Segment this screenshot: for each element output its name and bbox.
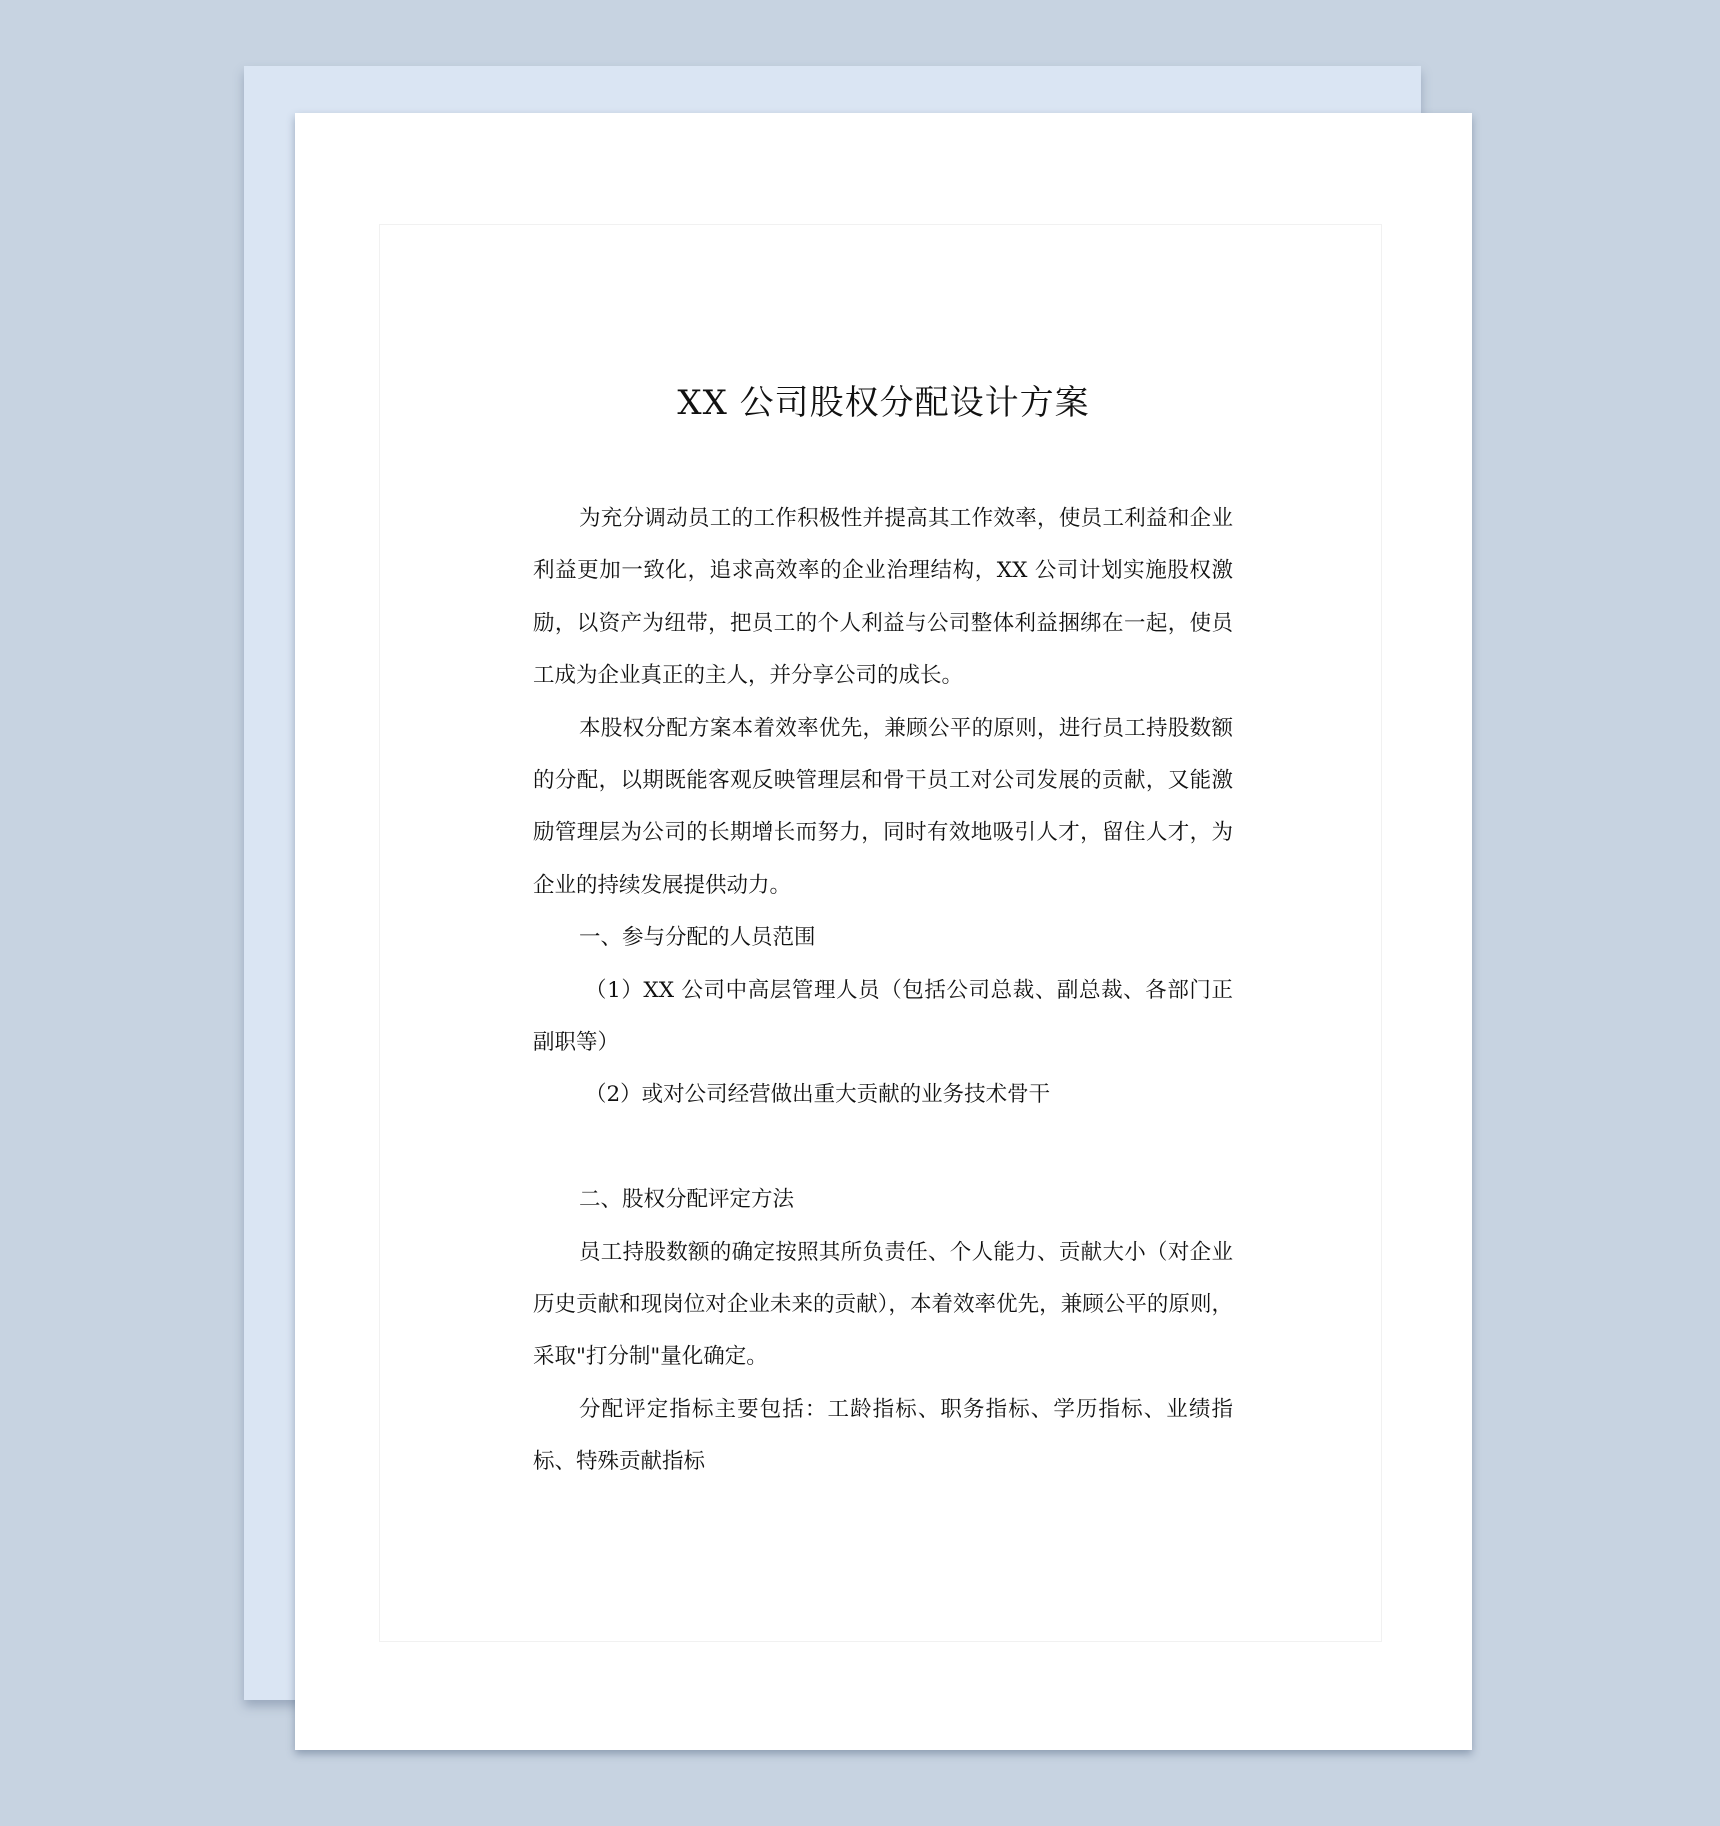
indicators-paragraph: 分配评定指标主要包括：工龄指标、职务指标、学历指标、业绩指标、特殊贡献指标 (533, 1384, 1233, 1489)
section-heading-scope: 一、参与分配的人员范围 (533, 912, 1233, 964)
blank-line (533, 1122, 1233, 1174)
document-body: 为充分调动员工的工作积极性并提高其工作效率，使员工利益和企业利益更加一致化，追求… (533, 493, 1233, 1489)
scope-item-2: （2）或对公司经营做出重大贡献的业务技术骨干 (533, 1069, 1233, 1121)
section-heading-method: 二、股权分配评定方法 (533, 1174, 1233, 1226)
intro-paragraph: 为充分调动员工的工作积极性并提高其工作效率，使员工利益和企业利益更加一致化，追求… (533, 493, 1233, 703)
document-page: XX 公司股权分配设计方案 为充分调动员工的工作积极性并提高其工作效率，使员工利… (295, 113, 1472, 1750)
principle-paragraph: 本股权分配方案本着效率优先，兼顾公平的原则，进行员工持股数额的分配，以期既能客观… (533, 703, 1233, 913)
scope-item-1: （1）XX 公司中高层管理人员（包括公司总裁、副总裁、各部门正副职等） (533, 965, 1233, 1070)
method-paragraph: 员工持股数额的确定按照其所负责任、个人能力、贡献大小（对企业历史贡献和现岗位对企… (533, 1227, 1233, 1384)
document-title: XX 公司股权分配设计方案 (295, 375, 1472, 424)
